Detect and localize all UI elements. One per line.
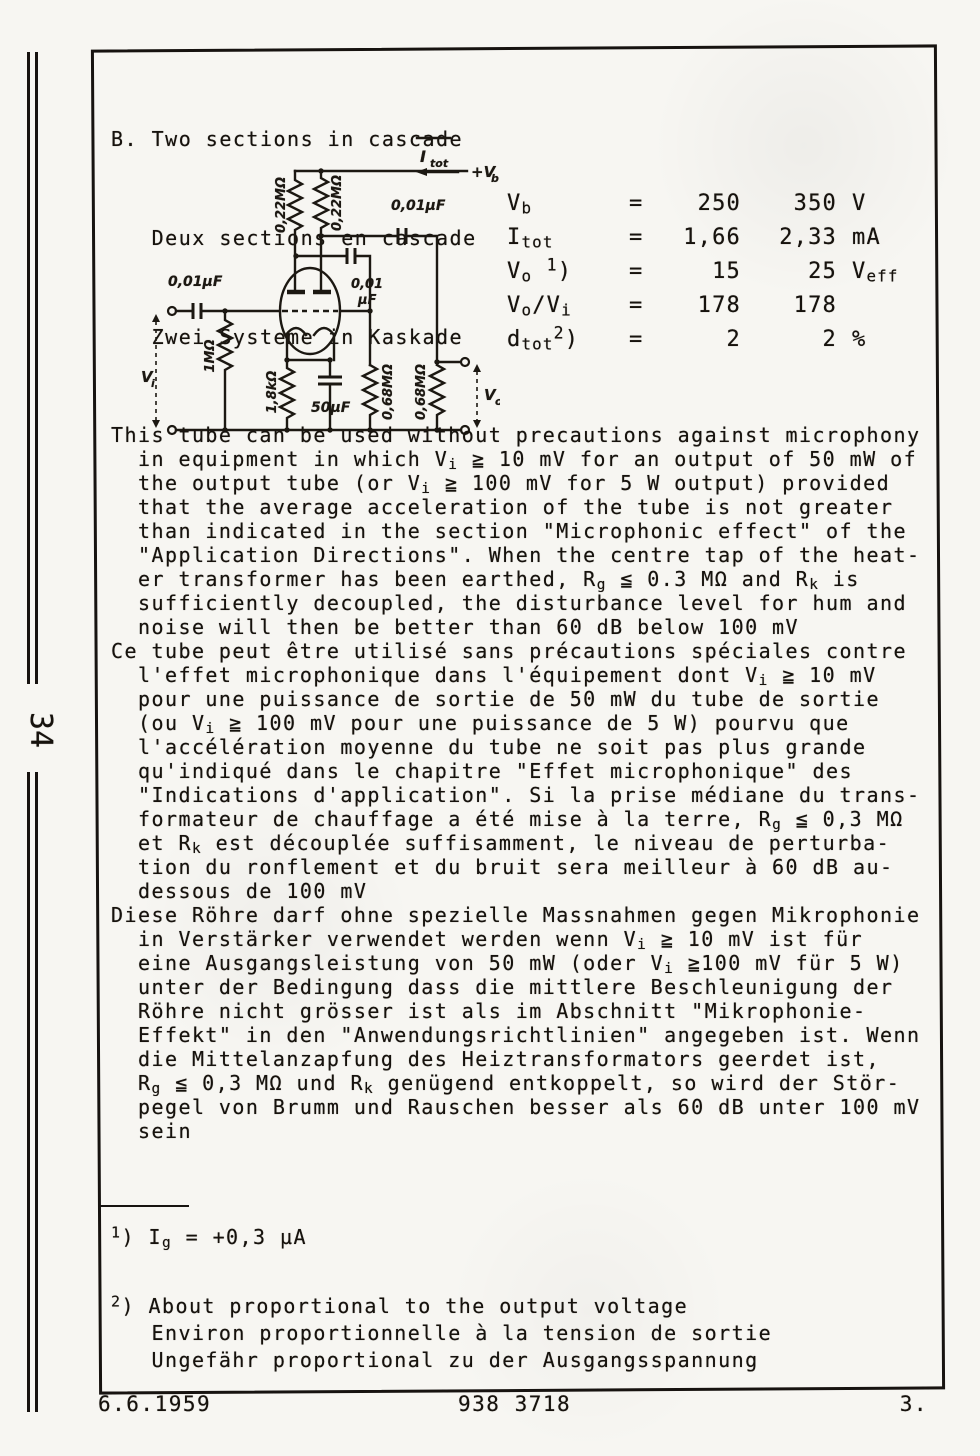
load-resistor-1-label: 0,68MΩ [381, 364, 396, 420]
footer-document-code: 938 3718 [458, 1392, 571, 1416]
operating-values-table: Vb=250350V Itot=1,662,33mA Vo 1)=1525Vef… [507, 187, 899, 357]
load-resistor-2 [430, 365, 444, 430]
paragraph-english: This tube can be used without precaution… [111, 423, 920, 639]
input-cap-label: 0,01µF [168, 274, 223, 290]
table-row: Vo 1)=1525Veff [507, 255, 899, 289]
page-content: B. Two sections in cascade Deux sections… [95, 47, 941, 1392]
value-250v: 250 [663, 187, 741, 221]
table-row: Vb=250350V [507, 187, 899, 221]
footer-date: 6.6.1959 [98, 1392, 211, 1416]
footnote-divider [99, 1205, 189, 1207]
footnote-1: 1) Ig = +0,3 µA [111, 1225, 307, 1249]
tube-envelope [280, 268, 340, 354]
interstage-cap-label: 0,01 [351, 277, 383, 292]
margin-double-rule-bottom [27, 772, 38, 1412]
footnote-2: 2) About proportional to the output volt… [111, 1293, 772, 1374]
table-row: Itot=1,662,33mA [507, 221, 899, 255]
value-350v: 350 [741, 187, 837, 221]
svg-text:o: o [495, 395, 500, 408]
cathode-cap-label: 50µF [311, 400, 351, 416]
svg-text:µF: µF [357, 293, 377, 308]
cathode-resistor-label: 1,8kΩ [265, 371, 280, 414]
row-symbol: dtot2) [507, 323, 629, 357]
svg-text:i: i [151, 377, 155, 390]
output-terminal-top [461, 358, 469, 366]
cathode-2 [314, 328, 334, 335]
grid-resistor-label: 1MΩ [203, 339, 218, 372]
row-symbol: Vb [507, 187, 629, 221]
body-text: This tube can be used without precaution… [111, 423, 920, 1143]
itot-label: I [420, 147, 426, 166]
svg-text:b: b [491, 172, 499, 185]
row-symbol: Vo 1) [507, 255, 629, 289]
cathode-1 [286, 328, 306, 335]
footer-page-number: 3. [900, 1392, 928, 1416]
circuit-diagram: I tot +V b 0,22MΩ 0,22MΩ 0,01µF 0,01 µF [140, 130, 500, 450]
row-unit: V [852, 187, 866, 221]
load-resistor-2-label: 0,68MΩ [414, 364, 429, 420]
row-symbol: Itot [507, 221, 629, 255]
paragraph-german: Diese Röhre darf ohne spezielle Massnahm… [111, 903, 920, 1143]
table-row: dtot2)=22% [507, 323, 899, 357]
scanned-datasheet-page: 34 B. Two sections in cascade Deux secti… [0, 0, 980, 1456]
load-resistor-1 [363, 365, 377, 430]
output-cap-label: 0,01µF [391, 198, 446, 214]
paragraph-french: Ce tube peut être utilisé sans précautio… [111, 639, 920, 903]
cathode-cap [318, 377, 342, 384]
svg-text:tot: tot [430, 157, 449, 170]
interstage-cap [347, 248, 355, 264]
margin-double-rule-top [27, 52, 38, 684]
grid-resistor [218, 311, 232, 430]
anode-resistor-1-label: 0,22MΩ [274, 177, 289, 233]
row-symbol: Vo/Vi [507, 289, 629, 323]
cathode-resistor [280, 360, 294, 430]
anode-resistor-2-label: 0,22MΩ [330, 175, 345, 231]
table-row: Vo/Vi=178178 [507, 289, 899, 323]
folio-number: 34 [12, 702, 68, 758]
